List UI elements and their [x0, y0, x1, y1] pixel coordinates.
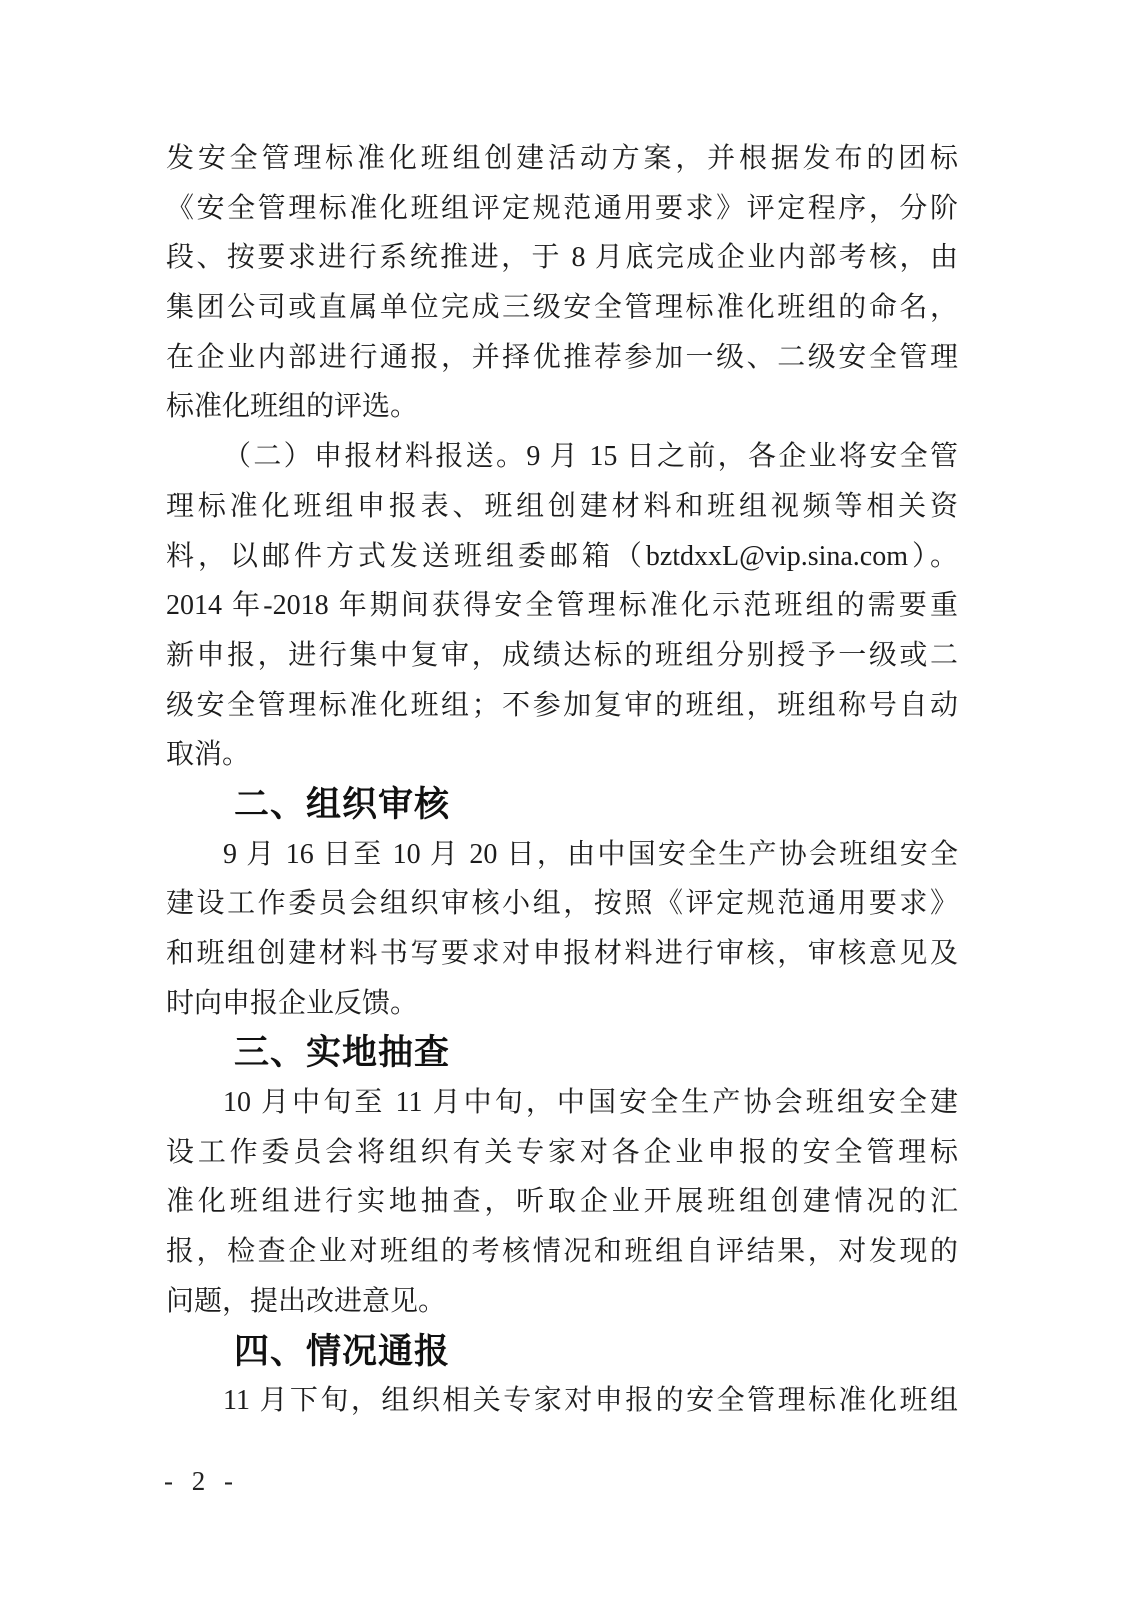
- paragraph: 9 月 16 日至 10 月 20 日，由中国安全生产协会班组安全建设工作委员会…: [166, 830, 958, 1029]
- section-heading-3: 四、情况通报: [166, 1327, 958, 1377]
- text-line: 报，检查企业对班组的考核情况和班组自评结果，对发现的: [166, 1227, 958, 1277]
- text-line: 10 月中旬至 11 月中旬，中国安全生产协会班组安全建: [166, 1078, 958, 1128]
- text-line: 11 月下旬，组织相关专家对申报的安全管理标准化班组: [166, 1376, 958, 1426]
- text-line: 在企业内部进行通报，并择优推荐参加一级、二级安全管理: [166, 333, 958, 383]
- text-line: 2014 年-2018 年期间获得安全管理标准化示范班组的需要重: [166, 581, 958, 631]
- document-page: 发安全管理标准化班组创建活动方案，并根据发布的团标《安全管理标准化班组评定规范通…: [0, 0, 1130, 1600]
- text-line: 新申报，进行集中复审，成绩达标的班组分别授予一级或二: [166, 631, 958, 681]
- text-line: 理标准化班组申报表、班组创建材料和班组视频等相关资: [166, 482, 958, 532]
- paragraph: （二）申报材料报送。9 月 15 日之前，各企业将安全管理标准化班组申报表、班组…: [166, 432, 958, 780]
- section-heading-1: 二、组织审核: [166, 780, 958, 830]
- section-heading-2: 三、实地抽查: [166, 1028, 958, 1078]
- text-line: 取消。: [166, 730, 958, 780]
- text-line: 9 月 16 日至 10 月 20 日，由中国安全生产协会班组安全: [166, 830, 958, 880]
- text-line: 《安全管理标准化班组评定规范通用要求》评定程序，分阶: [166, 184, 958, 234]
- text-line: 级安全管理标准化班组；不参加复审的班组，班组称号自动: [166, 681, 958, 731]
- text-line: 时向申报企业反馈。: [166, 979, 958, 1029]
- page-number: - 2 -: [164, 1466, 239, 1497]
- text-line: 料，以邮件方式发送班组委邮箱（bztdxxL@vip.sina.com）。: [166, 532, 958, 582]
- paragraph: 11 月下旬，组织相关专家对申报的安全管理标准化班组: [166, 1376, 958, 1426]
- text-line: 建设工作委员会组织审核小组，按照《评定规范通用要求》: [166, 879, 958, 929]
- text-line: （二）申报材料报送。9 月 15 日之前，各企业将安全管: [166, 432, 958, 482]
- text-line: 和班组创建材料书写要求对申报材料进行审核，审核意见及: [166, 929, 958, 979]
- text-line: 设工作委员会将组织有关专家对各企业申报的安全管理标: [166, 1128, 958, 1178]
- text-line: 准化班组进行实地抽查，听取企业开展班组创建情况的汇: [166, 1177, 958, 1227]
- text-line: 段、按要求进行系统推进，于 8 月底完成企业内部考核，由: [166, 233, 958, 283]
- paragraph: 发安全管理标准化班组创建活动方案，并根据发布的团标《安全管理标准化班组评定规范通…: [166, 134, 958, 432]
- text-line: 标准化班组的评选。: [166, 382, 958, 432]
- text-line: 发安全管理标准化班组创建活动方案，并根据发布的团标: [166, 134, 958, 184]
- text-line: 集团公司或直属单位完成三级安全管理标准化班组的命名，: [166, 283, 958, 333]
- paragraph: 10 月中旬至 11 月中旬，中国安全生产协会班组安全建设工作委员会将组织有关专…: [166, 1078, 958, 1326]
- text-line: 问题，提出改进意见。: [166, 1277, 958, 1327]
- document-body: 发安全管理标准化班组创建活动方案，并根据发布的团标《安全管理标准化班组评定规范通…: [166, 134, 958, 1426]
